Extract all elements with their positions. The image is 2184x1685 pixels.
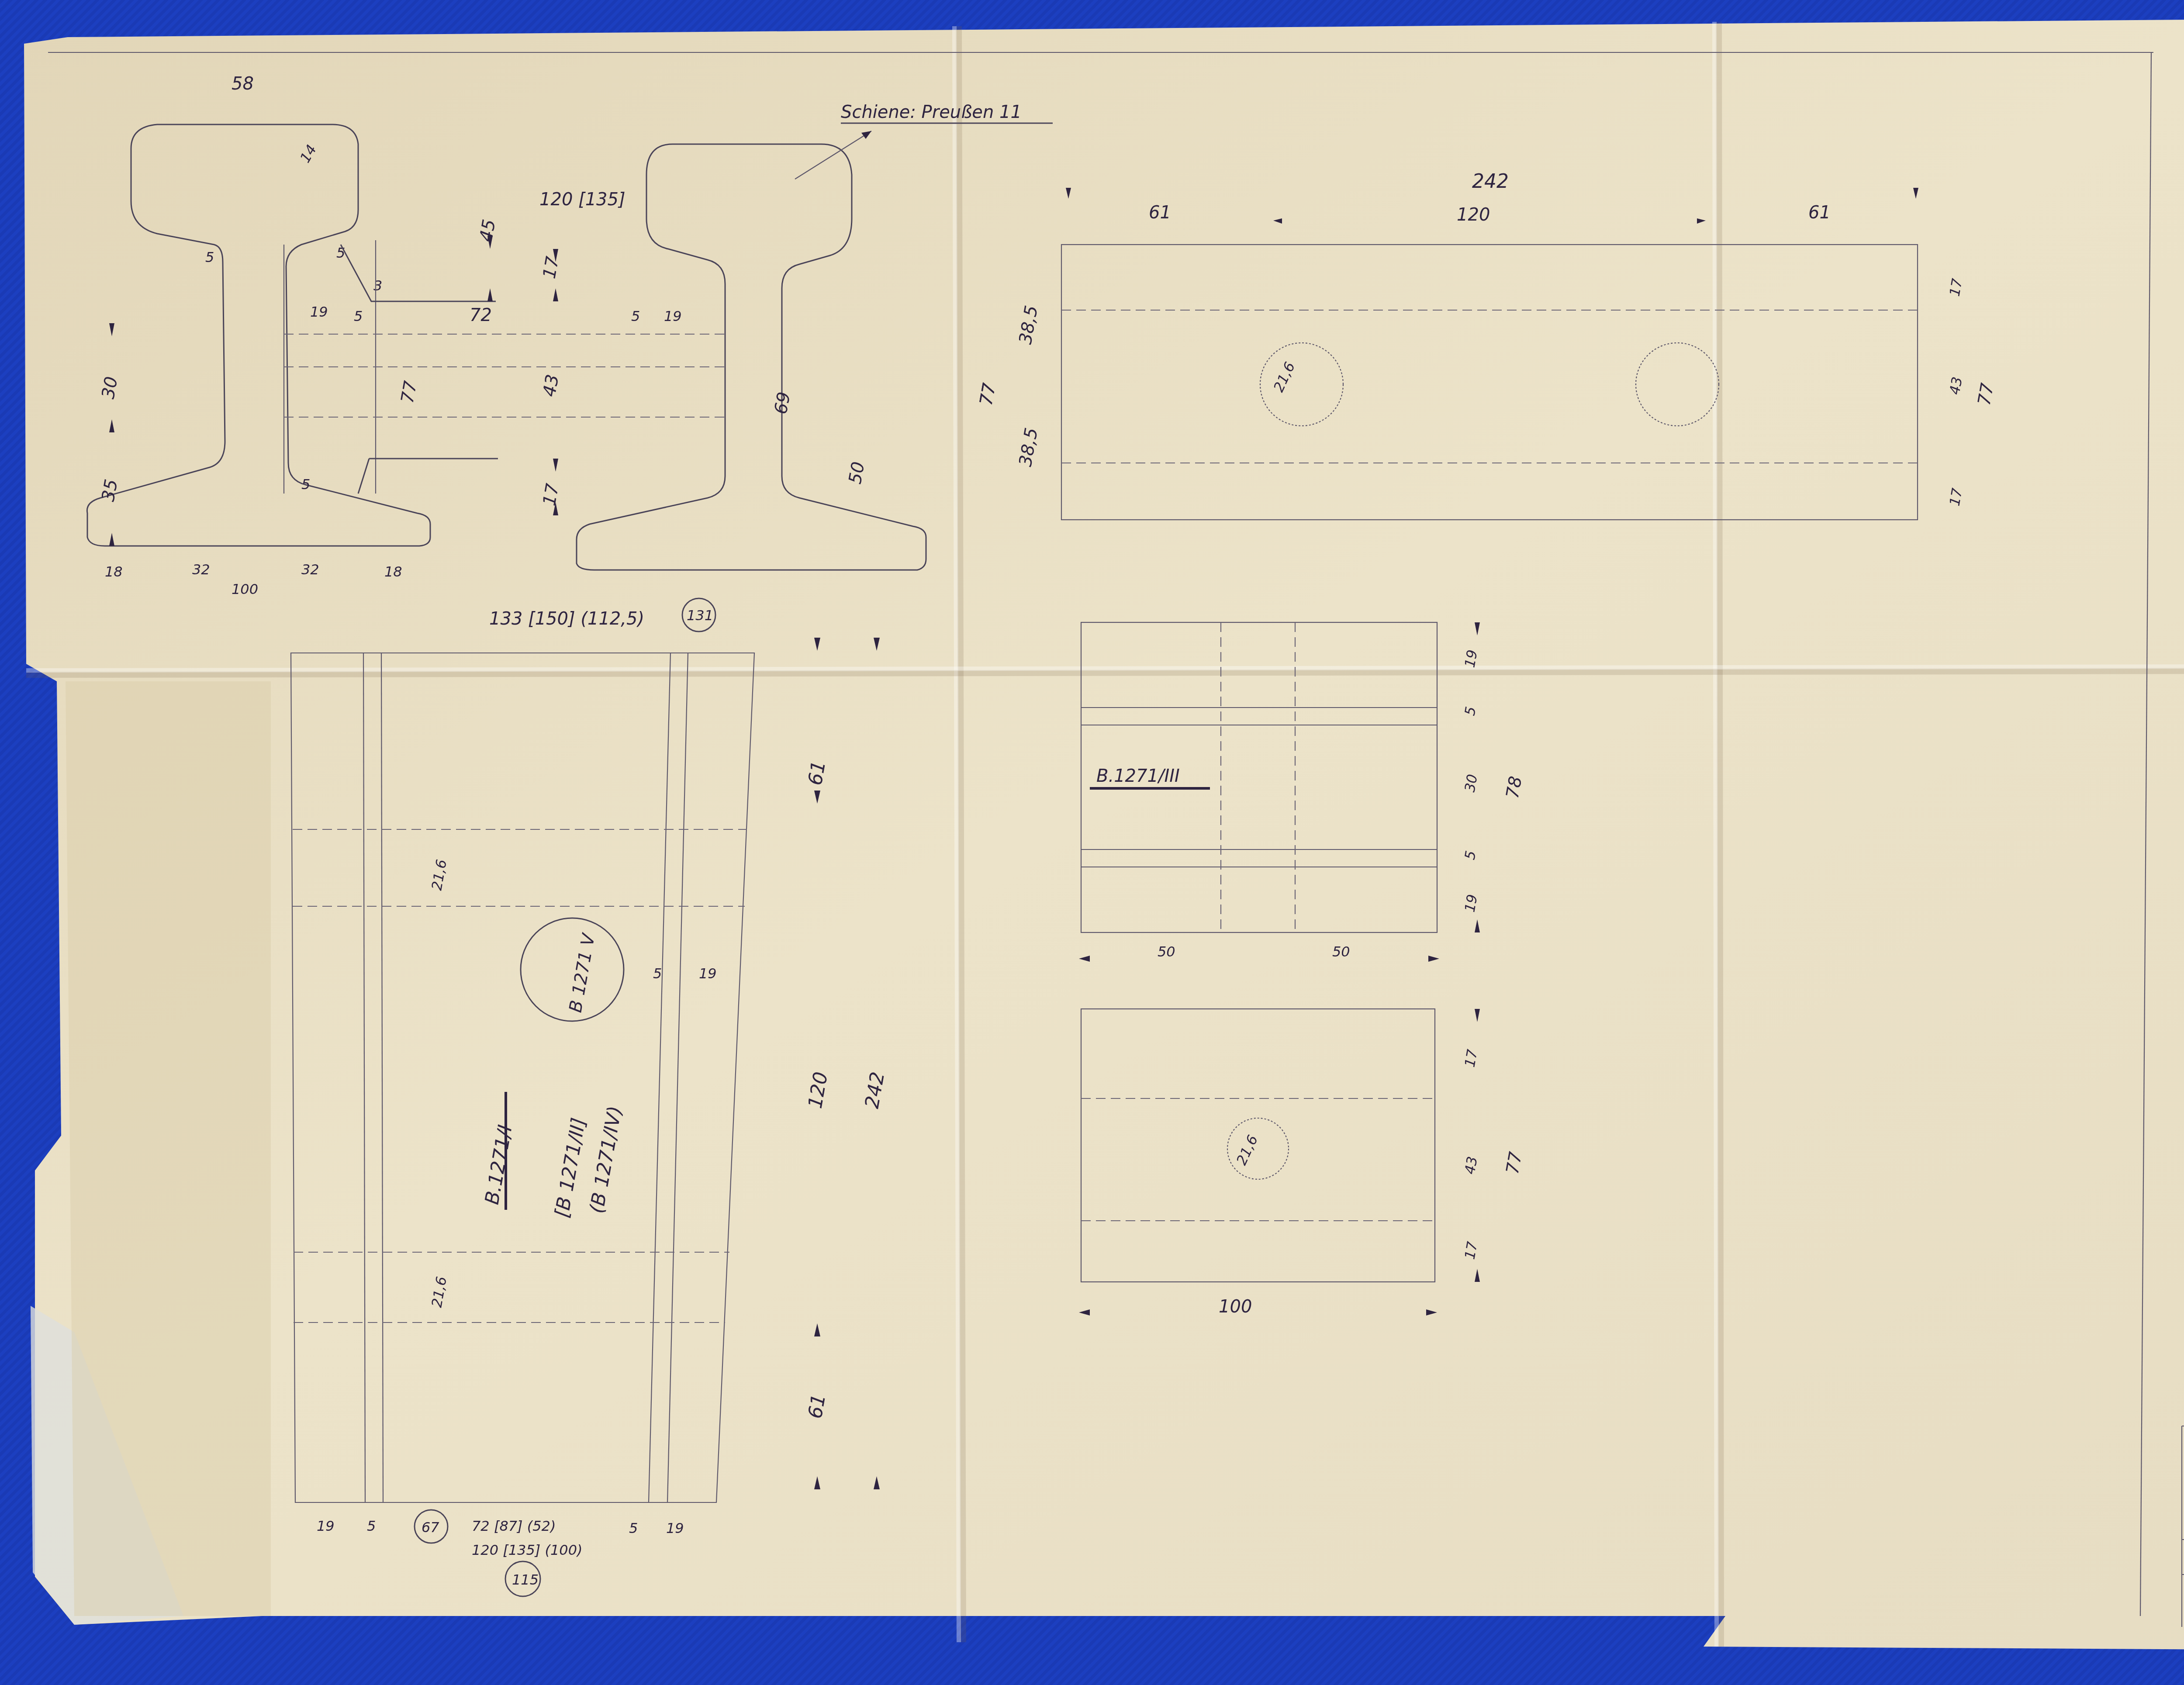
dim-right-19: 19 <box>664 308 682 325</box>
rail-note: Schiene: Preußen 11 <box>841 102 1022 122</box>
top-dim-label: 133 [150] (112,5) <box>489 609 644 629</box>
dim-seg-61b: 61 <box>1808 203 1831 223</box>
bottom-circled-left-value: 67 <box>422 1519 439 1536</box>
dim-seg-61a: 61 <box>1149 203 1171 223</box>
paper-panel-shade <box>66 681 271 1616</box>
paper-sheet <box>24 17 2184 1651</box>
part-label-iii: B.1271/III <box>1096 766 1180 786</box>
dim-fillet-2: 5 <box>336 245 345 261</box>
dim-base-total: 100 <box>232 581 258 597</box>
right-total-77: 77 <box>1503 1150 1526 1176</box>
bottom-dim-5b: 5 <box>629 1520 638 1537</box>
right-dim-17a: 17 <box>1461 1048 1481 1068</box>
right-total-78: 78 <box>1503 775 1526 800</box>
dim-seg-120: 120 <box>1457 205 1490 225</box>
bottom-mid-line1: 72 [87] (52) <box>472 1518 556 1534</box>
bottom-circled-value: 115 <box>512 1571 539 1588</box>
top-circled-value: 131 <box>687 607 713 624</box>
dim-right-77: 77 <box>1974 381 1998 407</box>
vertical-dim-61a: 61 <box>804 759 830 787</box>
dim-vertical-17b: 17 <box>539 482 563 508</box>
side-dim-19: 19 <box>699 965 717 982</box>
dim-base-32b: 32 <box>301 561 319 578</box>
dim-base-50: 50 <box>845 460 869 486</box>
dim-right-5: 5 <box>631 308 640 325</box>
side-dim-5: 5 <box>653 965 662 982</box>
bottom-dim-19b: 19 <box>666 1520 684 1537</box>
dim-height-77: 77 <box>397 379 421 405</box>
width-50b: 50 <box>1332 943 1350 960</box>
dim-fillet-4: 3 <box>373 277 382 294</box>
right-dim-17b: 17 <box>1461 1240 1481 1260</box>
blueprint-photo: 58 14 5 5 5 3 30 35 18 32 32 18 100 45 7… <box>0 0 2184 1685</box>
dim-left-5: 5 <box>354 308 363 325</box>
right-dim-19a: 19 <box>1461 649 1480 669</box>
dim-web-30: 30 <box>98 375 122 401</box>
dim-right-43: 43 <box>1946 376 1965 396</box>
right-dim-43: 43 <box>1461 1155 1480 1176</box>
dim-left-19: 19 <box>310 304 328 320</box>
dim-vertical-17a: 17 <box>539 255 563 280</box>
dim-width-72: 72 <box>470 305 492 325</box>
dim-web-35: 35 <box>98 478 122 503</box>
bottom-mid-line2: 120 [135] (100) <box>472 1542 583 1558</box>
dim-base-18b: 18 <box>384 563 402 580</box>
right-dim-19b: 19 <box>1461 893 1480 914</box>
dim-span-label: 120 [135] <box>539 190 625 210</box>
right-dim-30: 30 <box>1461 773 1480 794</box>
bottom-dim-19a: 19 <box>317 1518 335 1534</box>
dim-left-77: 77 <box>976 381 1000 407</box>
dim-fillet-1: 5 <box>205 249 214 266</box>
bottom-dim-5a: 5 <box>367 1518 376 1534</box>
width-100: 100 <box>1219 1297 1252 1317</box>
dim-base-18a: 18 <box>105 563 123 580</box>
width-50a: 50 <box>1158 943 1175 960</box>
dim-base-32a: 32 <box>192 561 210 578</box>
dim-right-17b: 17 <box>1946 487 1966 507</box>
dim-right-17a: 17 <box>1946 277 1966 297</box>
dim-total-242: 242 <box>1472 170 1509 193</box>
vertical-dim-61b: 61 <box>804 1392 830 1420</box>
dim-web-69: 69 <box>771 390 795 416</box>
dim-vertical-43: 43 <box>539 373 563 398</box>
dim-top-width: 58 <box>232 74 254 94</box>
dim-fillet-3: 5 <box>301 476 310 493</box>
dim-height-45: 45 <box>476 218 500 243</box>
